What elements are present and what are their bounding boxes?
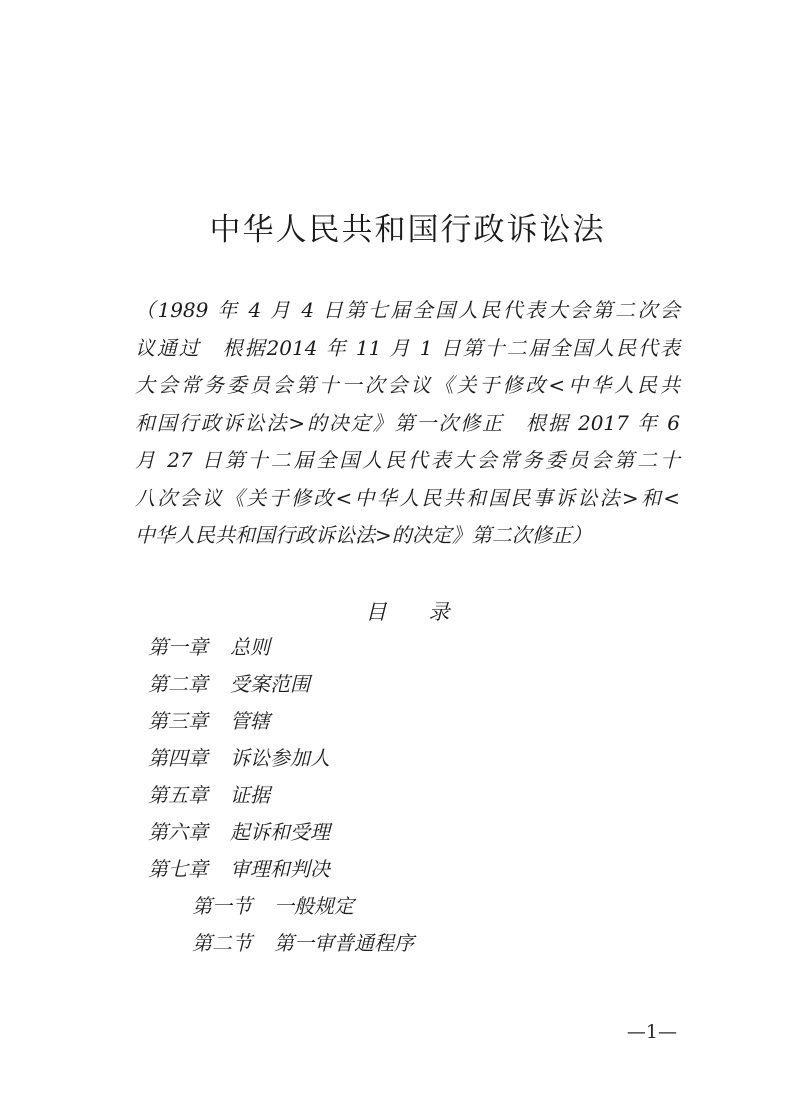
preamble-line: 大会常务委员会第十一次会议《关于修改<中华人民共 — [135, 367, 680, 405]
toc-chapter-title: 证据 — [230, 777, 270, 814]
toc-chapter-title: 起诉和受理 — [230, 814, 330, 851]
toc-item-chapter-7: 第七章 审理和判决 — [148, 851, 414, 888]
toc-chapter-label: 第五章 — [148, 777, 208, 814]
toc-section-title: 第一审普通程序 — [274, 925, 414, 962]
preamble-line: 议通过 根据2014 年 11 月 1 日第十二届全国人民代表 — [135, 330, 680, 368]
toc-heading: 目 录 — [135, 593, 680, 631]
toc-section-label: 第二节 — [192, 925, 252, 962]
toc-item-chapter-2: 第二章 受案范围 — [148, 666, 414, 703]
toc-list: 第一章 总则 第二章 受案范围 第三章 管辖 第四章 诉讼参加人 第五章 证据 … — [148, 629, 414, 962]
toc-chapter-title: 总则 — [230, 629, 270, 666]
preamble-line: 中华人民共和国行政诉讼法>的决定》第二次修正） — [135, 517, 680, 555]
toc-chapter-title: 受案范围 — [230, 666, 310, 703]
document-title: 中华人民共和国行政诉讼法 — [135, 208, 680, 252]
toc-item-section-2: 第二节 第一审普通程序 — [192, 925, 414, 962]
preamble-line: 八次会议《关于修改<中华人民共和国民事诉讼法>和< — [135, 480, 680, 518]
toc-chapter-label: 第二章 — [148, 666, 208, 703]
toc-item-chapter-1: 第一章 总则 — [148, 629, 414, 666]
toc-chapter-title: 诉讼参加人 — [230, 740, 330, 777]
preamble-line: 和国行政诉讼法>的决定》第一次修正 根据 2017 年 6 — [135, 405, 680, 443]
toc-section-label: 第一节 — [192, 888, 252, 925]
toc-chapter-label: 第四章 — [148, 740, 208, 777]
preamble-line: （1989 年 4 月 4 日第七届全国人民代表大会第二次会 — [135, 292, 680, 330]
preamble-line: 月 27 日第十二届全国人民代表大会常务委员会第二十 — [135, 442, 680, 480]
toc-item-chapter-3: 第三章 管辖 — [148, 703, 414, 740]
toc-chapter-title: 管辖 — [230, 703, 270, 740]
toc-section-title: 一般规定 — [274, 888, 354, 925]
toc-chapter-label: 第六章 — [148, 814, 208, 851]
document-page: 中华人民共和国行政诉讼法 （1989 年 4 月 4 日第七届全国人民代表大会第… — [0, 0, 790, 1118]
toc-item-section-1: 第一节 一般规定 — [192, 888, 414, 925]
toc-chapter-label: 第一章 — [148, 629, 208, 666]
toc-item-chapter-4: 第四章 诉讼参加人 — [148, 740, 414, 777]
preamble-paragraph: （1989 年 4 月 4 日第七届全国人民代表大会第二次会 议通过 根据201… — [135, 292, 680, 555]
toc-chapter-label: 第三章 — [148, 703, 208, 740]
toc-item-chapter-5: 第五章 证据 — [148, 777, 414, 814]
toc-chapter-title: 审理和判决 — [230, 851, 330, 888]
toc-item-chapter-6: 第六章 起诉和受理 — [148, 814, 414, 851]
page-number: —1— — [627, 1021, 677, 1043]
toc-chapter-label: 第七章 — [148, 851, 208, 888]
page-content: 中华人民共和国行政诉讼法 （1989 年 4 月 4 日第七届全国人民代表大会第… — [135, 0, 680, 1118]
